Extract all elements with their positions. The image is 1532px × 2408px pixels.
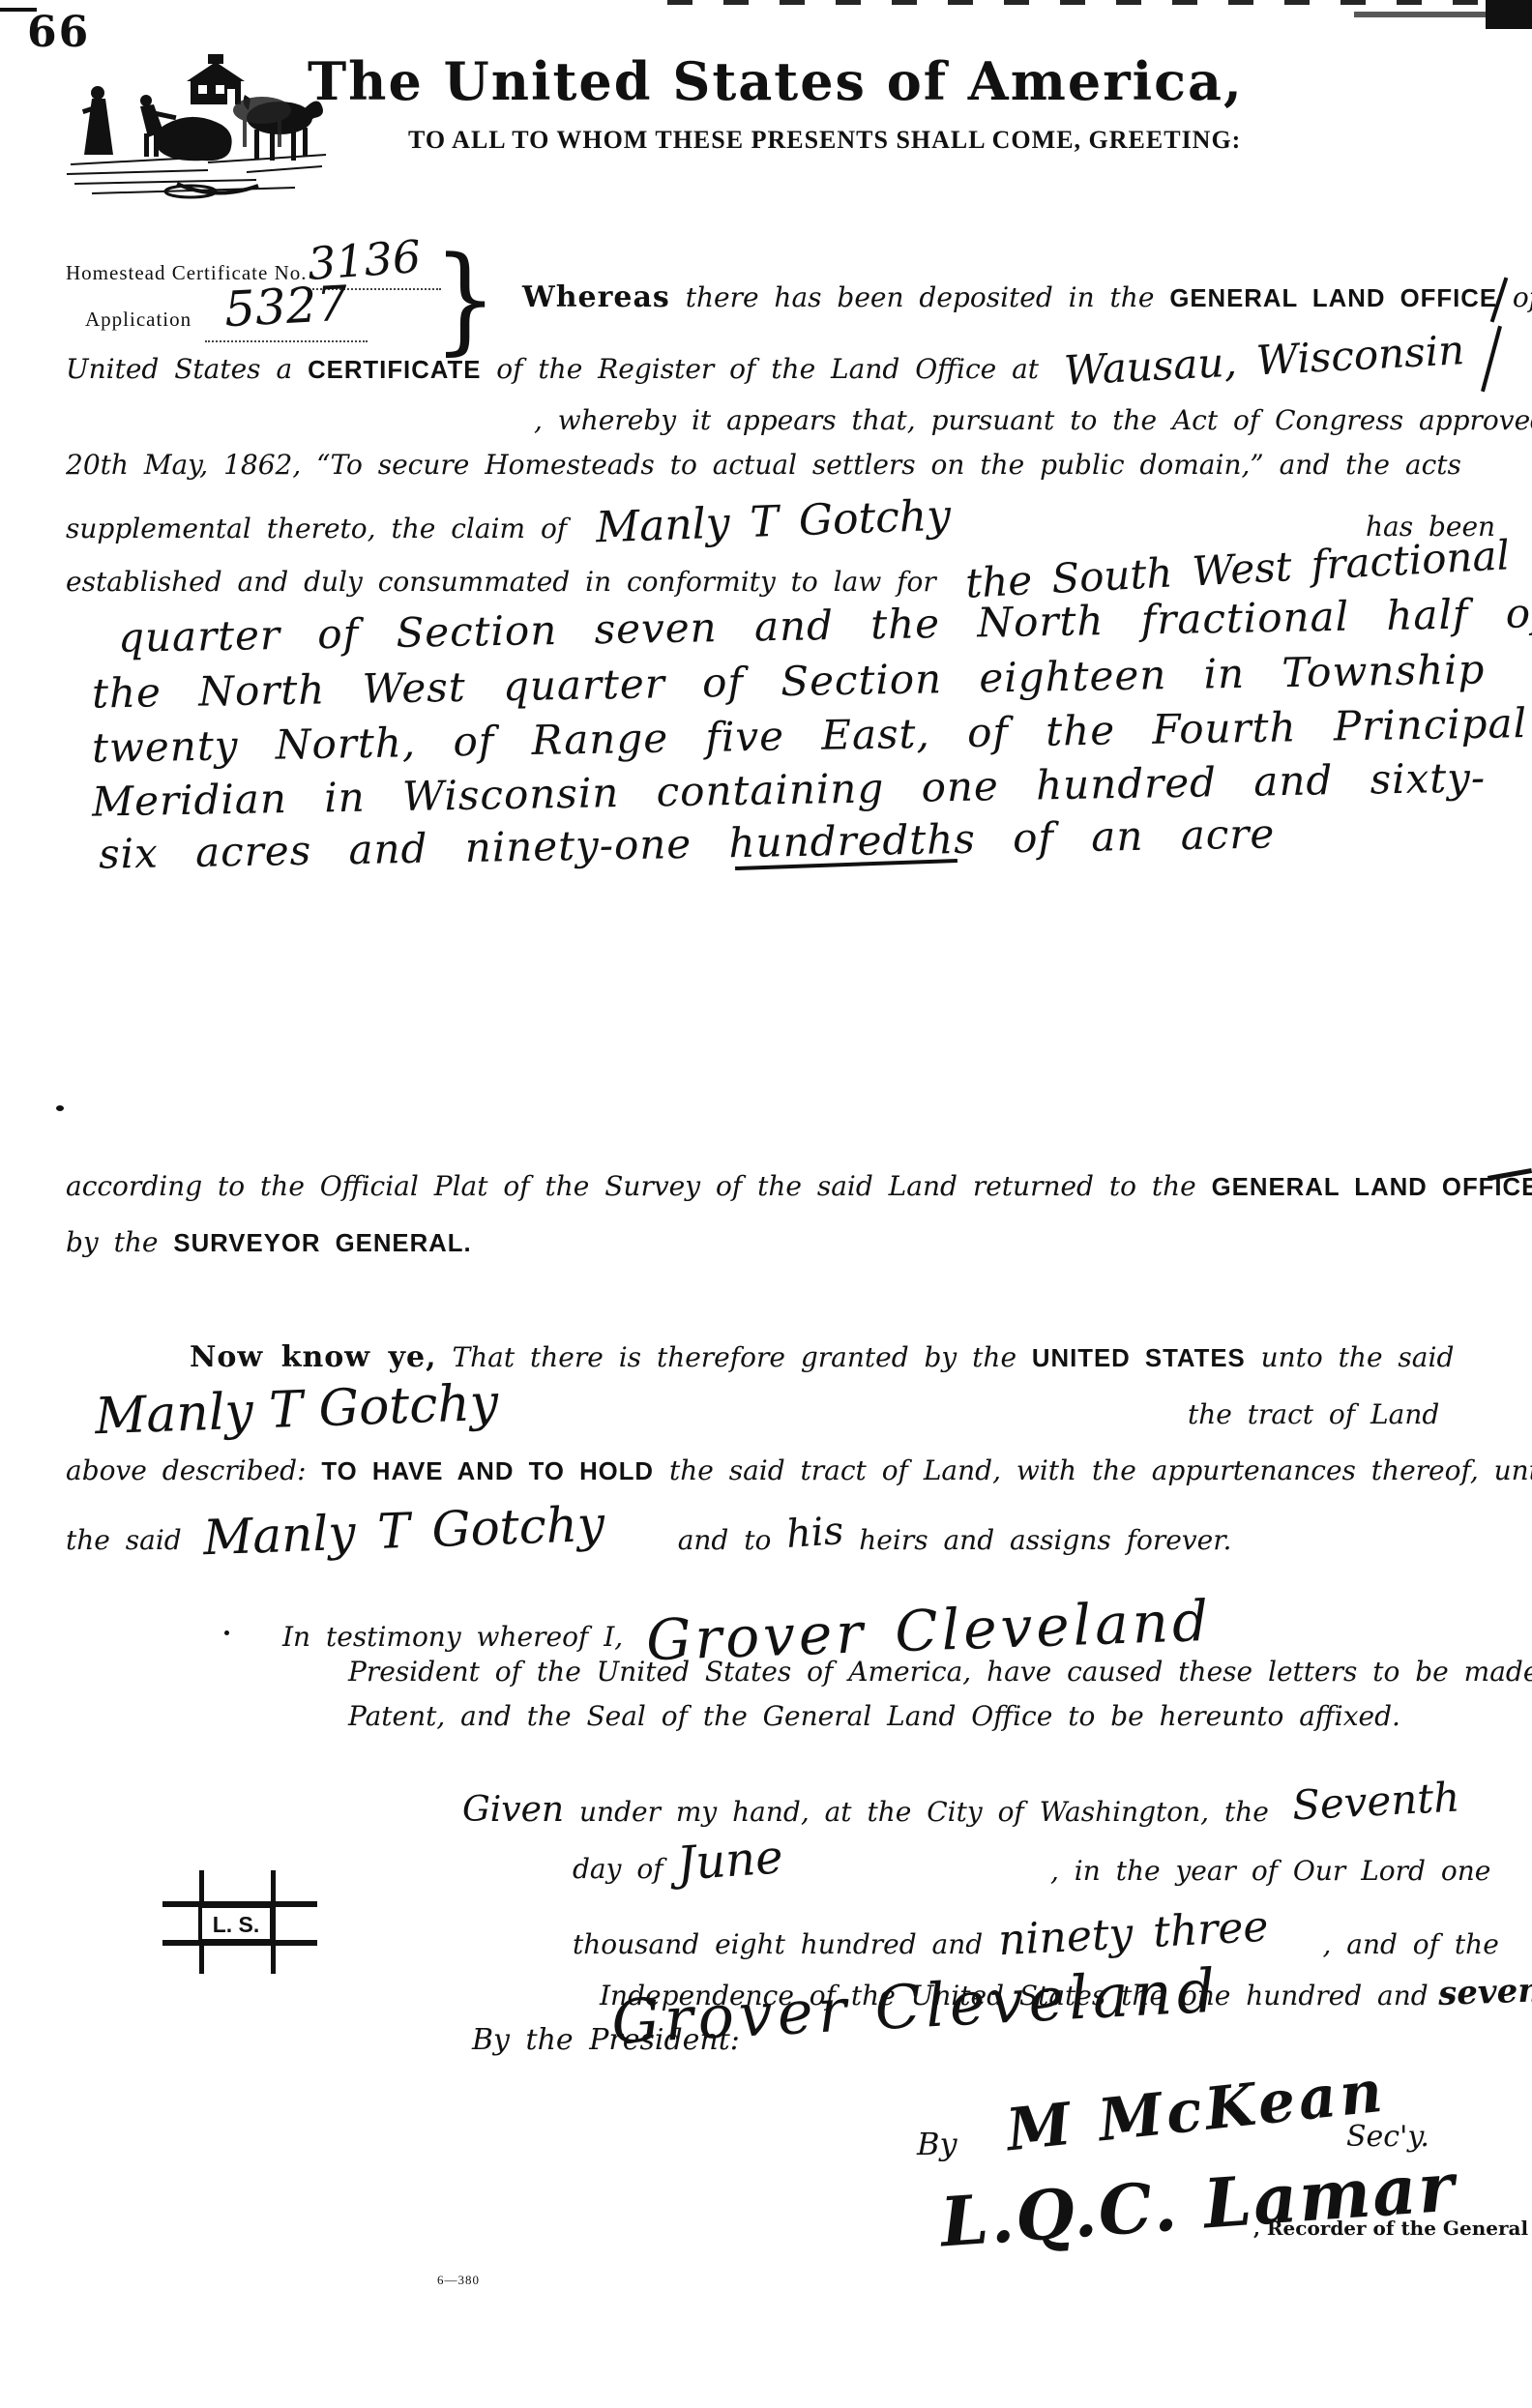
- given-l1b: under my hand, at the City of Washington…: [579, 1796, 1269, 1828]
- month-handwritten: June: [675, 1830, 784, 1892]
- given-line-1: Given under my hand, at the City of Wash…: [462, 1783, 1459, 1831]
- ls-seal-mark: L. S.: [155, 1866, 324, 1982]
- testimony-line-2: President of the United States of Americ…: [348, 1656, 1532, 1688]
- grantee-name-handwritten-2: Manly T Gotchy: [202, 1496, 605, 1566]
- grant-l1-caps: UNITED STATES: [1032, 1345, 1246, 1372]
- seal-text: L. S.: [213, 1912, 260, 1937]
- grant-l3c: heirs and assigns forever.: [859, 1524, 1231, 1556]
- given-l3b: , and of the: [1322, 1928, 1498, 1960]
- grant-l1b: unto the said: [1261, 1341, 1455, 1373]
- whereas-l2a: United States a: [66, 353, 292, 385]
- grantee-name-handwritten: Manly T Gotchy: [94, 1374, 499, 1447]
- day-ordinal-handwritten: Seventh: [1291, 1774, 1461, 1830]
- testimony-l1a: In testimony whereof I,: [282, 1621, 623, 1653]
- his-handwritten: his: [785, 1509, 845, 1557]
- whereas-l5a: supplemental thereto, the claim of: [66, 513, 567, 544]
- whereas-line-1: Whereas there has been deposited in the …: [522, 280, 1532, 314]
- whereas-line-4: 20th May, 1862, “To secure Homesteads to…: [66, 449, 1461, 481]
- form-number: 6—380: [437, 2273, 480, 2288]
- plat-l1a: according to the Official Plat of the Su…: [66, 1170, 1196, 1202]
- greeting-line: TO ALL TO WHOM THESE PRESENTS SHALL COME…: [408, 126, 1241, 155]
- given-line-2a: day of: [573, 1853, 663, 1885]
- farm-vignette-engraving: [63, 50, 334, 207]
- whereas-l2b: of the Register of the Land Office at: [496, 353, 1039, 385]
- testimony-line-3: Patent, and the Seal of the General Land…: [348, 1700, 1400, 1732]
- land-office-location-handwritten: Wausau, Wisconsin: [1063, 326, 1465, 395]
- whereas-l1-caps: GENERAL LAND OFFICE: [1169, 285, 1497, 312]
- the-said-line: the said Manly T Gotchy and to his heirs…: [66, 1505, 1231, 1561]
- president-signature: Grover Cleveland: [610, 1955, 1223, 2058]
- given-word: Given: [462, 1790, 564, 1830]
- homestead-patent-document: 66: [0, 0, 1532, 2408]
- by-label: By: [917, 2126, 957, 2162]
- know-ye-line: Now know ye, That there is therefore gra…: [190, 1340, 1454, 1374]
- recorder-title: , Recorder of the General Land Office.: [1253, 2217, 1532, 2240]
- application-label: Application: [85, 308, 191, 332]
- plat-l2a: by the: [66, 1226, 159, 1258]
- given-line-3: thousand eight hundred and ninety three …: [573, 1915, 1499, 1964]
- testimony-line-1: In testimony whereof I, Grover Cleveland: [282, 1594, 1212, 1659]
- now-know-ye-word: Now know ye,: [190, 1340, 437, 1374]
- pen-flourish: [1481, 326, 1502, 393]
- grant-l3a: the said: [66, 1524, 182, 1556]
- grant-l2-caps: TO HAVE AND TO HOLD: [321, 1458, 654, 1485]
- grant-l2b: the said tract of Land, with the appurte…: [669, 1454, 1532, 1486]
- whereas-l1b: of the: [1513, 281, 1532, 313]
- year-handwritten: ninety three: [997, 1902, 1270, 1966]
- whereas-l1a: there has been deposited in the: [686, 281, 1155, 313]
- plat-l2-caps: SURVEYOR GENERAL.: [173, 1230, 471, 1257]
- plat-l1-caps: GENERAL LAND OFFICE: [1212, 1174, 1532, 1201]
- whereas-line-5: supplemental thereto, the claim of Manly…: [66, 499, 951, 548]
- plow-scene-illustration: [63, 50, 334, 203]
- whereas-line-3: , whereby it appears that, pursuant to t…: [534, 404, 1532, 436]
- grant-l2a: above described:: [66, 1454, 307, 1486]
- plat-line-1: according to the Official Plat of the Su…: [66, 1170, 1532, 1202]
- scan-artifact: [1486, 0, 1532, 29]
- tract-of-land-text: the tract of Land: [1188, 1398, 1439, 1430]
- claimant-name-handwritten: Manly T Gotchy: [595, 491, 952, 553]
- scan-artifact: [224, 1630, 229, 1635]
- given-l3a: thousand eight hundred and: [573, 1928, 983, 1960]
- scan-artifact: [56, 1105, 64, 1111]
- independence-year-handwritten: seventeenth: [1437, 1967, 1532, 2013]
- grant-l3b: and to: [678, 1524, 772, 1556]
- scan-artifact: [1354, 12, 1489, 17]
- whereas-line-2: United States a CERTIFICATE of the Regis…: [66, 340, 1464, 388]
- document-title: The United States of America,: [308, 50, 1244, 112]
- given-line-2b: , in the year of Our Lord one: [1050, 1855, 1490, 1887]
- application-number: 5327: [223, 276, 349, 338]
- whereas-l2-caps: CERTIFICATE: [308, 357, 481, 384]
- secretary-signature: M McKean: [1003, 2058, 1389, 2165]
- whereas-l6a: established and duly consummated in conf…: [66, 566, 936, 598]
- grant-l1a: That there is therefore granted by the: [452, 1341, 1016, 1373]
- scan-artifact: [667, 0, 1489, 5]
- plat-line-2: by the SURVEYOR GENERAL.: [66, 1226, 472, 1258]
- whereas-word: Whereas: [522, 280, 670, 314]
- to-have-and-hold-line: above described: TO HAVE AND TO HOLD the…: [66, 1454, 1532, 1486]
